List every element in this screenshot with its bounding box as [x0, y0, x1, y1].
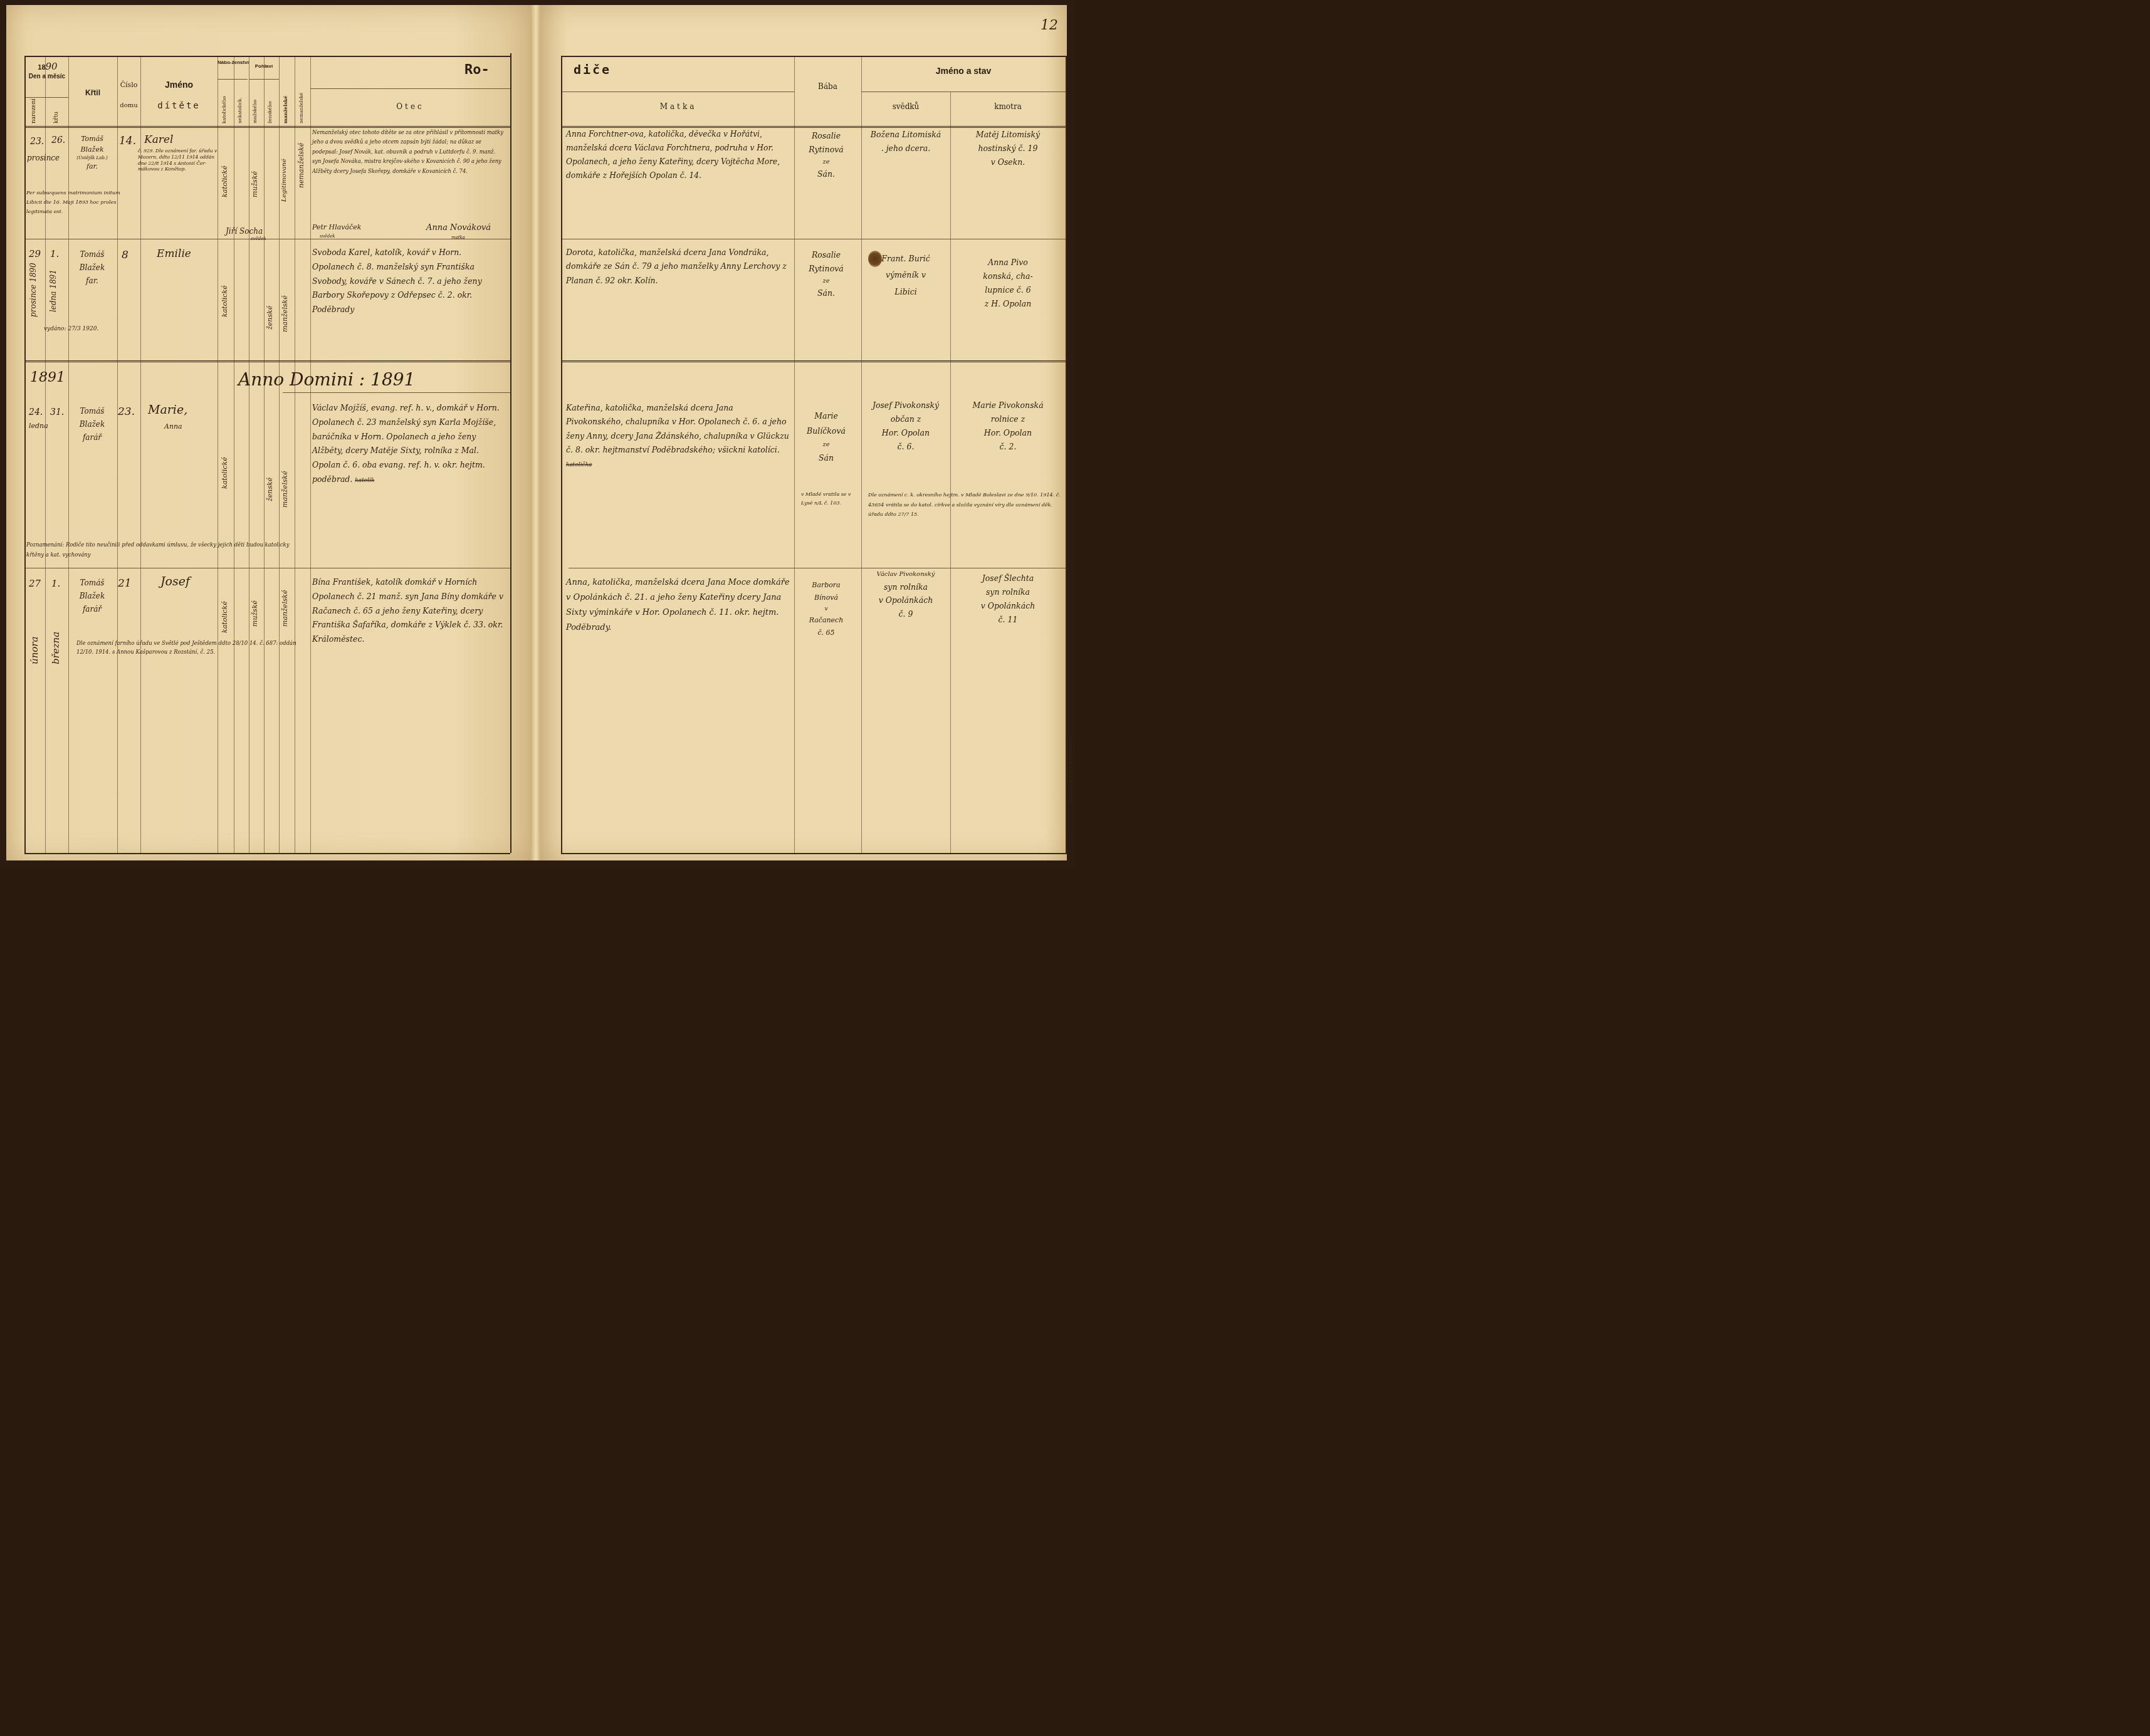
godparent-status: syn rolníka — [952, 585, 1064, 599]
header-zenskeho: ženského — [267, 102, 273, 123]
priest-surname: Blažek — [69, 145, 115, 155]
godparent-house: č. 2. — [952, 440, 1064, 454]
sex-value: mužské — [251, 600, 259, 627]
religion-value: katolické — [221, 165, 229, 197]
birth-month: prosince 1890 — [29, 263, 38, 317]
printer-imprint: Tisk a sl. F. & V. Hoblík v Pardubicích. — [1068, 735, 1073, 803]
midwife-from: ze — [795, 157, 857, 168]
midwife-note: v Mladé vratila se v Lysé n/L č. 103. — [801, 490, 856, 508]
mother-signature-label: matka — [451, 234, 465, 241]
godparent-place: v Opolánkách — [952, 599, 1064, 613]
conversion-note: Dle oznámení c. k. okresního hejtm. v Ml… — [868, 490, 1064, 520]
midwife-surname: Rytinová — [795, 262, 857, 276]
godparent-place: Hor. Opolan — [952, 426, 1064, 440]
godparent: Anna Pivo konská, cha- lupnice č. 6 z H.… — [952, 256, 1064, 311]
midwife-surname: Bínová — [795, 592, 857, 604]
header-rodice-left: Ro- — [464, 62, 490, 78]
midwife: Rosalie Rytinová ze Sán. — [795, 129, 857, 181]
midwife-place: Sán. — [795, 167, 857, 181]
priest-surname: Blažek — [69, 590, 115, 603]
header-manzelske: manželské — [283, 96, 288, 123]
baptism-day: 1. — [50, 246, 59, 262]
priest-title: far. — [69, 275, 115, 288]
priest-surname: Blažek — [69, 418, 115, 431]
godparent: Marie Pivokonská rolnice z Hor. Opolan č… — [952, 399, 1064, 454]
witness-place: Libici — [862, 284, 950, 300]
father-text: Svoboda Karel, katolík, kovář v Horn. Op… — [312, 246, 506, 317]
header-svedku: svědků — [861, 102, 950, 111]
header-nekatolick: nekatolick. — [237, 97, 243, 123]
birth-day: 23. — [30, 134, 44, 150]
mother-text: Anna, katolička, manželská dcera Jana Mo… — [566, 575, 792, 635]
sex-value: mužské — [251, 171, 259, 197]
priest-surname: Blažek — [69, 261, 115, 275]
midwife-from: v — [795, 604, 857, 614]
godparent-status: konská, cha- — [952, 269, 1064, 283]
birth-month: ledna — [29, 420, 48, 432]
header-krtu: křtu — [53, 112, 60, 123]
priest-first-name: Tomáš — [69, 405, 115, 418]
legitimacy-value: manželské — [281, 471, 289, 508]
priest-parish: (Ústějšk Lab.) — [69, 155, 115, 162]
godparent-name: Anna Pivo — [952, 256, 1064, 269]
mother-text: Anna Forchtner-ova, katolička, děvečka v… — [566, 128, 792, 183]
header-rodice-right: diče — [574, 62, 611, 77]
godparent-status: hostinský č. 19 — [952, 142, 1064, 155]
witness: Josef Pivokonský občan z Hor. Opolan č. … — [862, 399, 950, 454]
godparent-name: Josef Šlechta — [952, 572, 1064, 585]
header-jmeno: Jméno — [140, 80, 218, 90]
midwife-first-name: Marie — [795, 409, 857, 424]
child-note: č. 929. Dle oznámení far. úřadu v Mozern… — [138, 148, 218, 172]
mother-text: Kateřina, katolička, manželská dcera Jan… — [566, 401, 792, 471]
witness-status: syn rolníka — [862, 580, 950, 594]
father-witness-signature: Petr Hlaváček — [312, 222, 361, 233]
child-name: Marie, — [148, 401, 187, 419]
midwife-first-name: Rosalie — [795, 129, 857, 143]
legitimation-note: Per subsequens matrimonium initum Libici… — [26, 188, 120, 217]
year-divider-anno-domini: Anno Domini : 1891 — [238, 366, 415, 393]
mother-text: Dorota, katolička, manželská dcera Jana … — [566, 246, 792, 288]
header-baba: Bába — [794, 82, 861, 91]
header-domu: domu — [117, 102, 140, 109]
mother-text-body: Kateřina, katolička, manželská dcera Jan… — [566, 403, 789, 454]
baptized-by: Tomáš Blažek far. — [69, 248, 115, 288]
header-nemanzelske: nemanželské — [298, 93, 304, 123]
witness-place: v Opolánkách — [862, 593, 950, 607]
issued-note: vydáno: 27/3 1920. — [44, 326, 98, 333]
sex-value: ženské — [266, 306, 274, 330]
father-text: Nemanželský otec tohoto dítěte se za otc… — [312, 128, 505, 176]
header-katolickeho: katolického — [221, 96, 227, 123]
midwife-first-name: Rosalie — [795, 248, 857, 262]
baptized-by: Tomáš Blažek (Ústějšk Lab.) far. — [69, 134, 115, 172]
father-struck-word: katolík — [355, 478, 374, 484]
midwife-surname: Bulíčková — [795, 424, 857, 439]
priest-first-name: Tomáš — [69, 577, 115, 590]
header-narozeni: narození — [31, 98, 37, 123]
witness: Václav Pivokonský syn rolníka v Opolánká… — [862, 569, 950, 621]
year-written: 90 — [46, 61, 58, 72]
witness-name: Václav Pivokonský — [862, 569, 950, 580]
religion-value: katolické — [221, 285, 229, 317]
header-kmotra: kmotra — [950, 102, 1066, 111]
witness: Frant. Burić výměník v Libici — [862, 251, 950, 300]
godparent-name: Matěj Litomiský — [952, 128, 1064, 142]
witness-name: Božena Litomiská — [862, 128, 950, 142]
child-name: Karel — [144, 132, 173, 148]
illegitimacy-value: nemanželské — [297, 143, 305, 188]
midwife: Marie Bulíčková ze Sán — [795, 409, 857, 465]
birth-month: prosince — [27, 152, 65, 165]
page-number: 12 — [1041, 18, 1058, 33]
mother-struck-word: katolička — [566, 462, 592, 468]
marriage-note: Dle oznámení farního úřadu ve Světlé pod… — [76, 639, 297, 657]
godparent-name: Marie Pivokonská — [952, 399, 1064, 412]
header-cislo: Číslo — [117, 81, 140, 89]
header-otec: Otec — [310, 102, 510, 111]
godparent-place: v Osekn. — [952, 155, 1064, 169]
baptism-day: 31. — [50, 405, 64, 421]
witness-house: č. 9 — [862, 607, 950, 621]
godparent: Matěj Litomiský hostinský č. 19 v Osekn. — [952, 128, 1064, 169]
header-ditete: dítěte — [140, 101, 218, 111]
house-number: 21 — [118, 575, 132, 592]
header-pohlavi: Pohlaví — [249, 63, 279, 69]
priest-title: farář — [69, 603, 115, 616]
header-matka: Matka — [562, 102, 794, 111]
legitimacy-value: Legitimované — [281, 159, 288, 202]
midwife-surname: Rytinová — [795, 143, 857, 157]
father-text: Václav Mojžíš, evang. ref. h. v., domkář… — [312, 401, 506, 487]
header-year: 1890 — [27, 61, 68, 72]
remark: Poznamenání: Rodiče tito neučinili před … — [26, 540, 296, 560]
header-nabozenstvi: Nábo-ženství — [218, 58, 249, 67]
priest-first-name: Tomáš — [69, 248, 115, 261]
witness: Božena Litomiská . jeho dcera. — [862, 128, 950, 155]
godparent-status-2: lupnice č. 6 — [952, 283, 1064, 297]
birth-day: 27 — [29, 575, 41, 592]
birth-month: února — [29, 637, 40, 664]
birth-day: 29 — [29, 246, 41, 262]
midwife-from: ze — [795, 439, 857, 451]
godparent-place: z H. Opolan — [952, 297, 1064, 311]
legitimacy-value: manželské — [281, 295, 289, 332]
witness-house: č. 6. — [862, 440, 950, 454]
baptism-day: 26. — [51, 133, 65, 149]
father-text: Bína František, katolík domkář v Horních… — [312, 575, 506, 647]
godparent: Josef Šlechta syn rolníka v Opolánkách č… — [952, 572, 1064, 627]
midwife: Rosalie Rytinová ze Sán. — [795, 248, 857, 300]
house-number: 14. — [119, 133, 136, 149]
midwife: Barbora Bínová v Račanech č. 65 — [795, 579, 857, 639]
godparent-status: rolnice z — [952, 412, 1064, 426]
father-witness-label: svědek — [320, 233, 335, 240]
baptism-month: března — [50, 632, 61, 664]
witness-place: Hor. Opolan — [862, 426, 950, 440]
witness-label: svědek — [251, 236, 266, 243]
midwife-house: č. 65 — [795, 627, 857, 639]
priest-first-name: Tomáš — [69, 134, 115, 145]
child-name-2: Anna — [164, 421, 182, 432]
priest-title: far. — [69, 162, 115, 172]
religion-value: katolické — [221, 601, 229, 633]
baptized-by: Tomáš Blažek farář — [69, 405, 115, 444]
godparent-house: č. 11 — [952, 613, 1064, 627]
header-muzskeho: mužského — [252, 100, 258, 123]
child-name: Josef — [160, 573, 190, 591]
header-den-a-mesic: Den a měsíc — [26, 73, 68, 80]
witness-status: . jeho dcera. — [862, 142, 950, 155]
child-name: Emilie — [157, 246, 191, 262]
year-divider-year: 1891 — [30, 367, 65, 389]
baptism-day: 1. — [51, 575, 60, 592]
witness-status: občan z — [862, 412, 950, 426]
legitimacy-value: manželské — [281, 590, 289, 627]
year-prefix: 18 — [38, 64, 45, 71]
register-book: 1890 Den a měsíc narození křtu Křtil Čís… — [0, 0, 1075, 868]
house-number: 8 — [122, 247, 128, 263]
baptized-by: Tomáš Blažek farář — [69, 577, 115, 616]
midwife-from: ze — [795, 276, 857, 287]
witness-status: výměník v — [862, 267, 950, 283]
midwife-first-name: Barbora — [795, 579, 857, 592]
header-krtil: Křtil — [68, 88, 117, 97]
religion-value: katolické — [221, 457, 229, 489]
midwife-place: Sán. — [795, 286, 857, 300]
header-jmeno-a-stav: Jméno a stav — [861, 66, 1066, 76]
witness-name: Josef Pivokonský — [862, 399, 950, 412]
mother-signature: Anna Nováková — [426, 222, 491, 234]
witness-name: Frant. Burić — [862, 251, 950, 267]
birth-day: 24. — [29, 405, 43, 421]
midwife-place: Račanech — [795, 614, 857, 627]
baptism-month: ledna 1891 — [49, 269, 58, 312]
sex-value: ženské — [266, 478, 274, 501]
house-number: 23. — [118, 404, 135, 420]
father-text-body: Václav Mojžíš, evang. ref. h. v., domkář… — [312, 403, 500, 484]
midwife-place: Sán — [795, 451, 857, 466]
priest-title: farář — [69, 431, 115, 444]
